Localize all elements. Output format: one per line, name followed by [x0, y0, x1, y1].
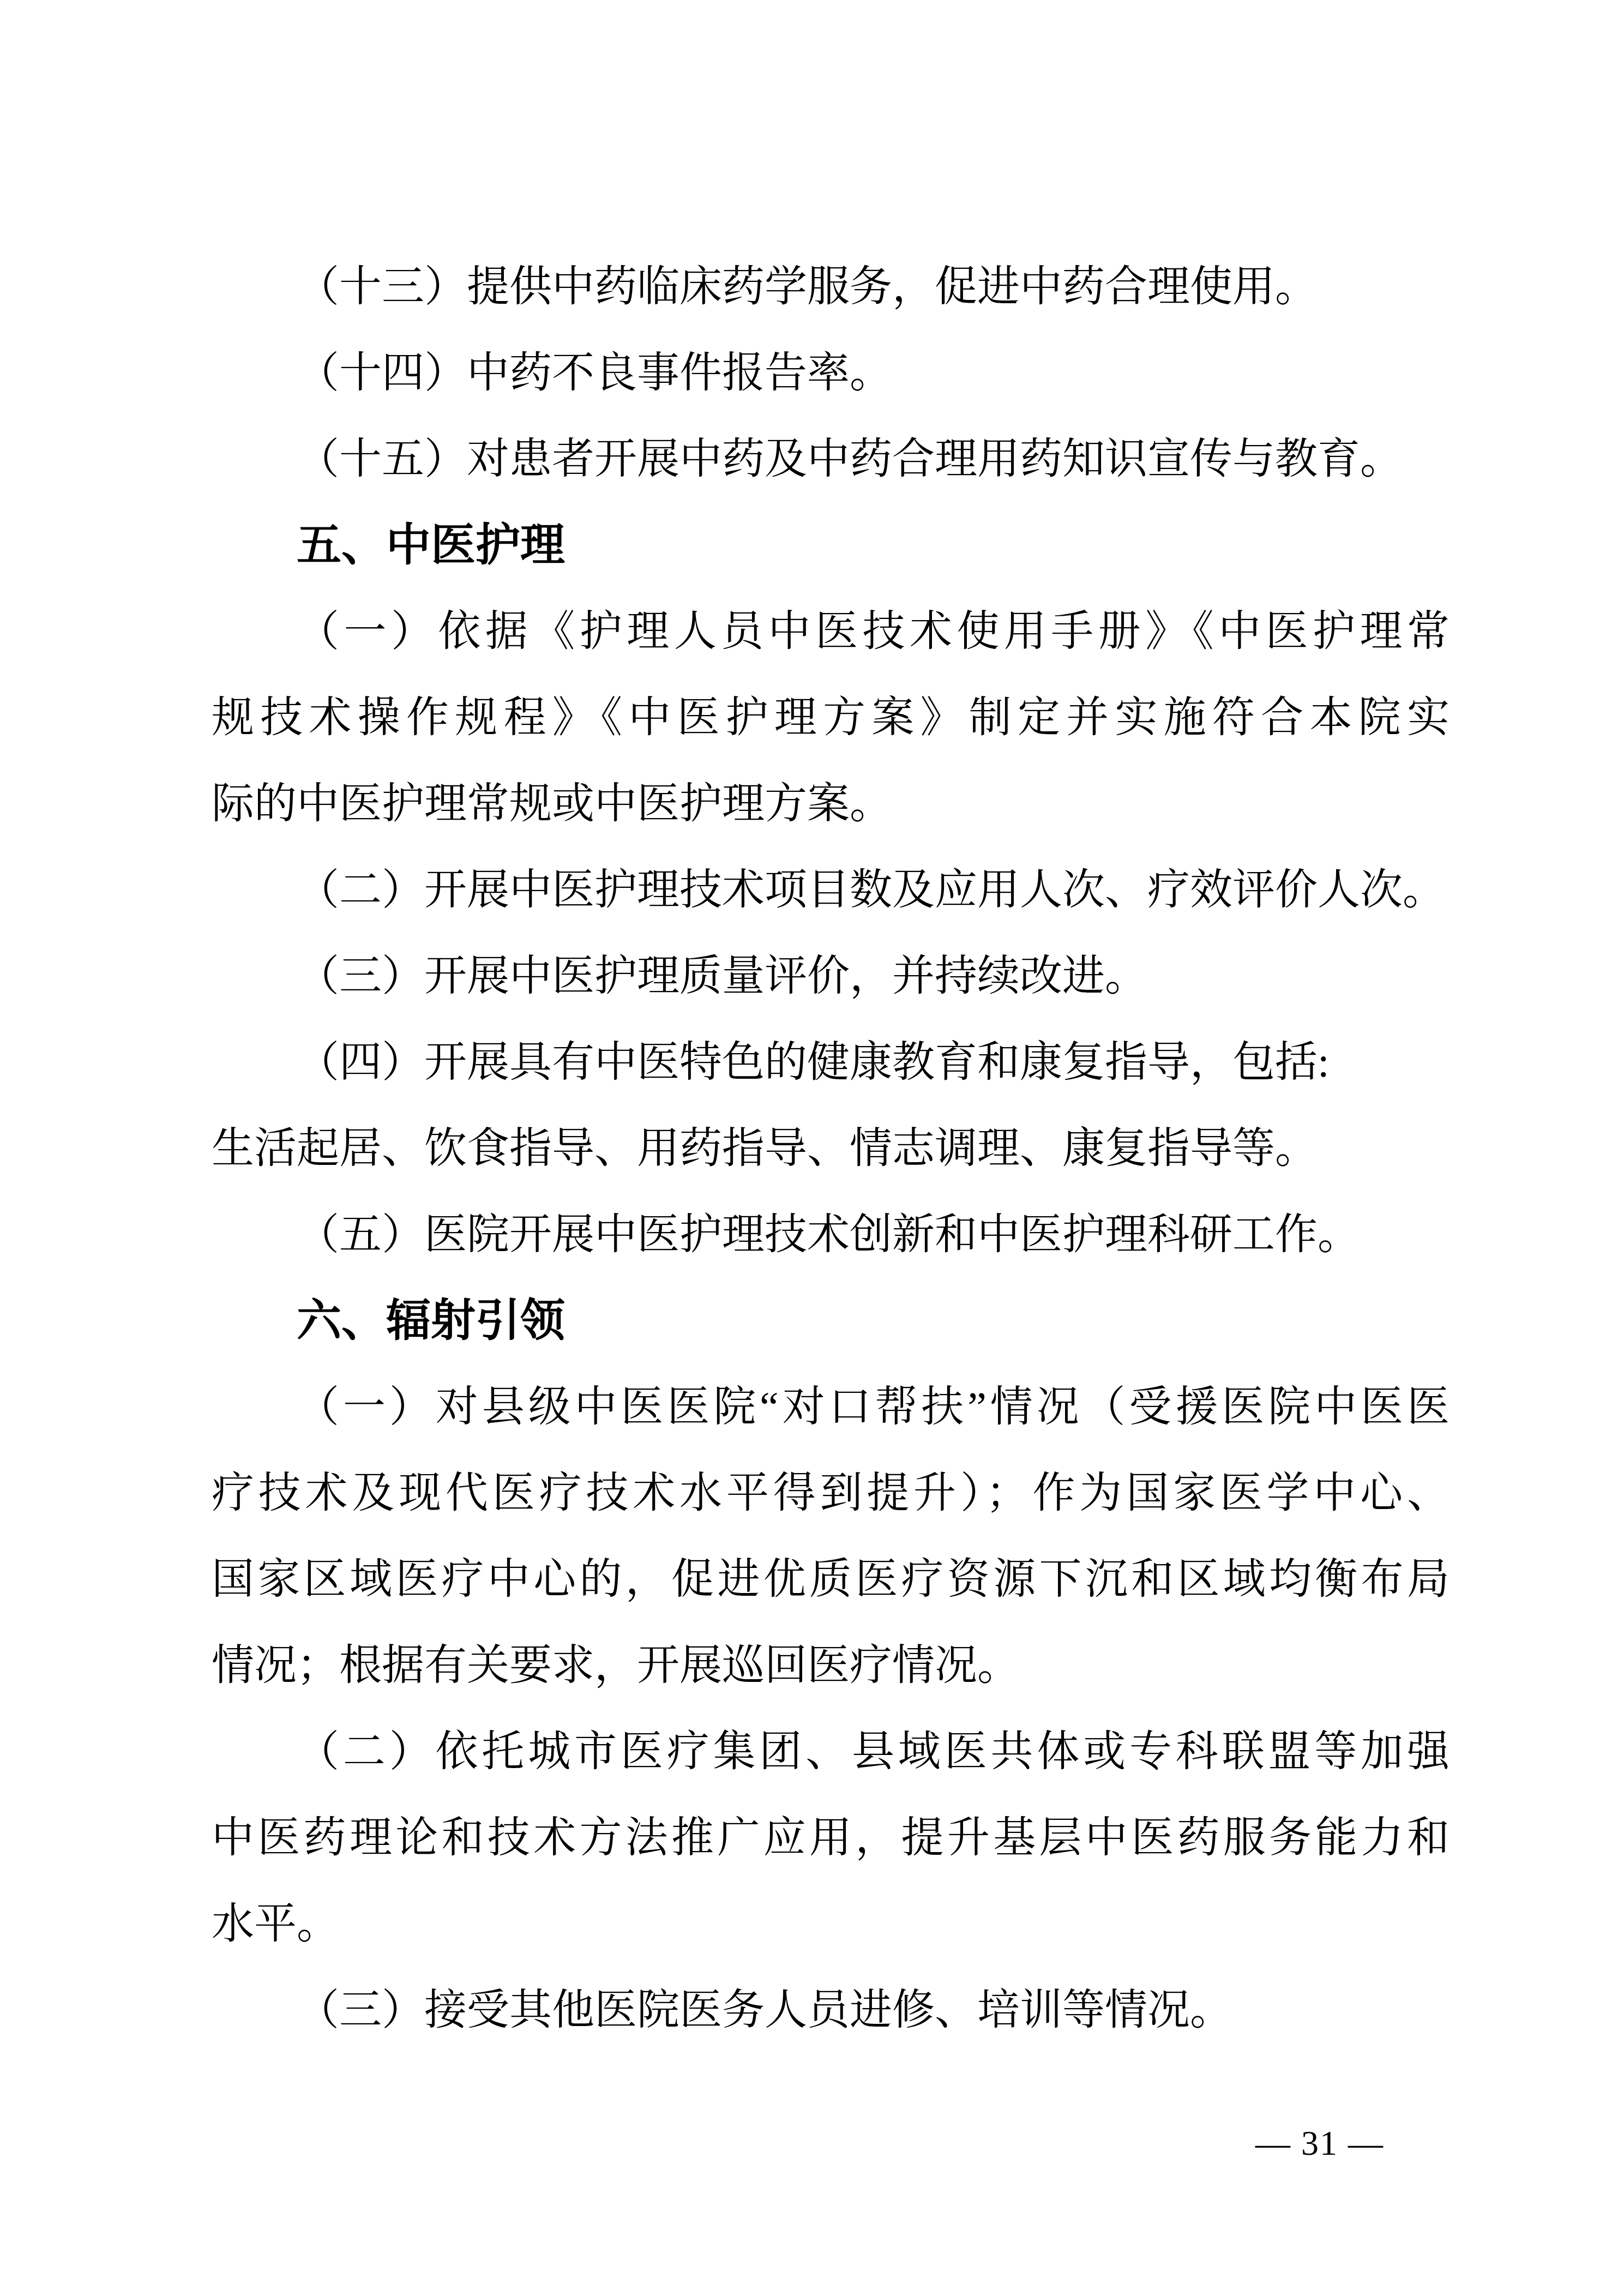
text-line: （五）医院开展中医护理技术创新和中医护理科研工作。	[212, 1192, 1449, 1278]
text-block: （十三）提供中药临床药学服务，促进中药合理使用。 （十四）中药不良事件报告率。 …	[212, 244, 1449, 2053]
section-heading: 五、中医护理	[212, 502, 1449, 588]
text-line: 国家区域医疗中心的，促进优质医疗资源下沉和区域均衡布局	[212, 1536, 1449, 1622]
text-line: （一）依据《护理人员中医技术使用手册》《中医护理常	[212, 588, 1449, 675]
section-heading: 六、辐射引领	[212, 1278, 1449, 1364]
text-line: （二）开展中医护理技术项目数及应用人次、疗效评价人次。	[212, 847, 1449, 933]
text-line: （十五）对患者开展中药及中药合理用药知识宣传与教育。	[212, 416, 1449, 502]
text-line: 情况；根据有关要求，开展巡回医疗情况。	[212, 1622, 1449, 1709]
text-line: 际的中医护理常规或中医护理方案。	[212, 761, 1449, 847]
text-line: （三）开展中医护理质量评价，并持续改进。	[212, 933, 1449, 1019]
text-line: 生活起居、饮食指导、用药指导、情志调理、康复指导等。	[212, 1105, 1449, 1192]
text-line: 疗技术及现代医疗技术水平得到提升）；作为国家医学中心、	[212, 1450, 1449, 1536]
text-line: （四）开展具有中医特色的健康教育和康复指导，包括:	[212, 1019, 1449, 1105]
text-line: （一）对县级中医医院“对口帮扶”情况（受援医院中医医	[212, 1364, 1449, 1450]
text-line: 水平。	[212, 1881, 1449, 1967]
document-page: （十三）提供中药临床药学服务，促进中药合理使用。 （十四）中药不良事件报告率。 …	[0, 0, 1624, 2296]
text-line: （十四）中药不良事件报告率。	[212, 330, 1449, 416]
text-line: （二）依托城市医疗集团、县域医共体或专科联盟等加强	[212, 1709, 1449, 1795]
text-line: 中医药理论和技术方法推广应用，提升基层中医药服务能力和	[212, 1795, 1449, 1881]
text-line: 规技术操作规程》《中医护理方案》制定并实施符合本院实	[212, 675, 1449, 761]
page-number: — 31 —	[1255, 2121, 1384, 2165]
text-line: （三）接受其他医院医务人员进修、培训等情况。	[212, 1967, 1449, 2053]
text-line: （十三）提供中药临床药学服务，促进中药合理使用。	[212, 244, 1449, 330]
